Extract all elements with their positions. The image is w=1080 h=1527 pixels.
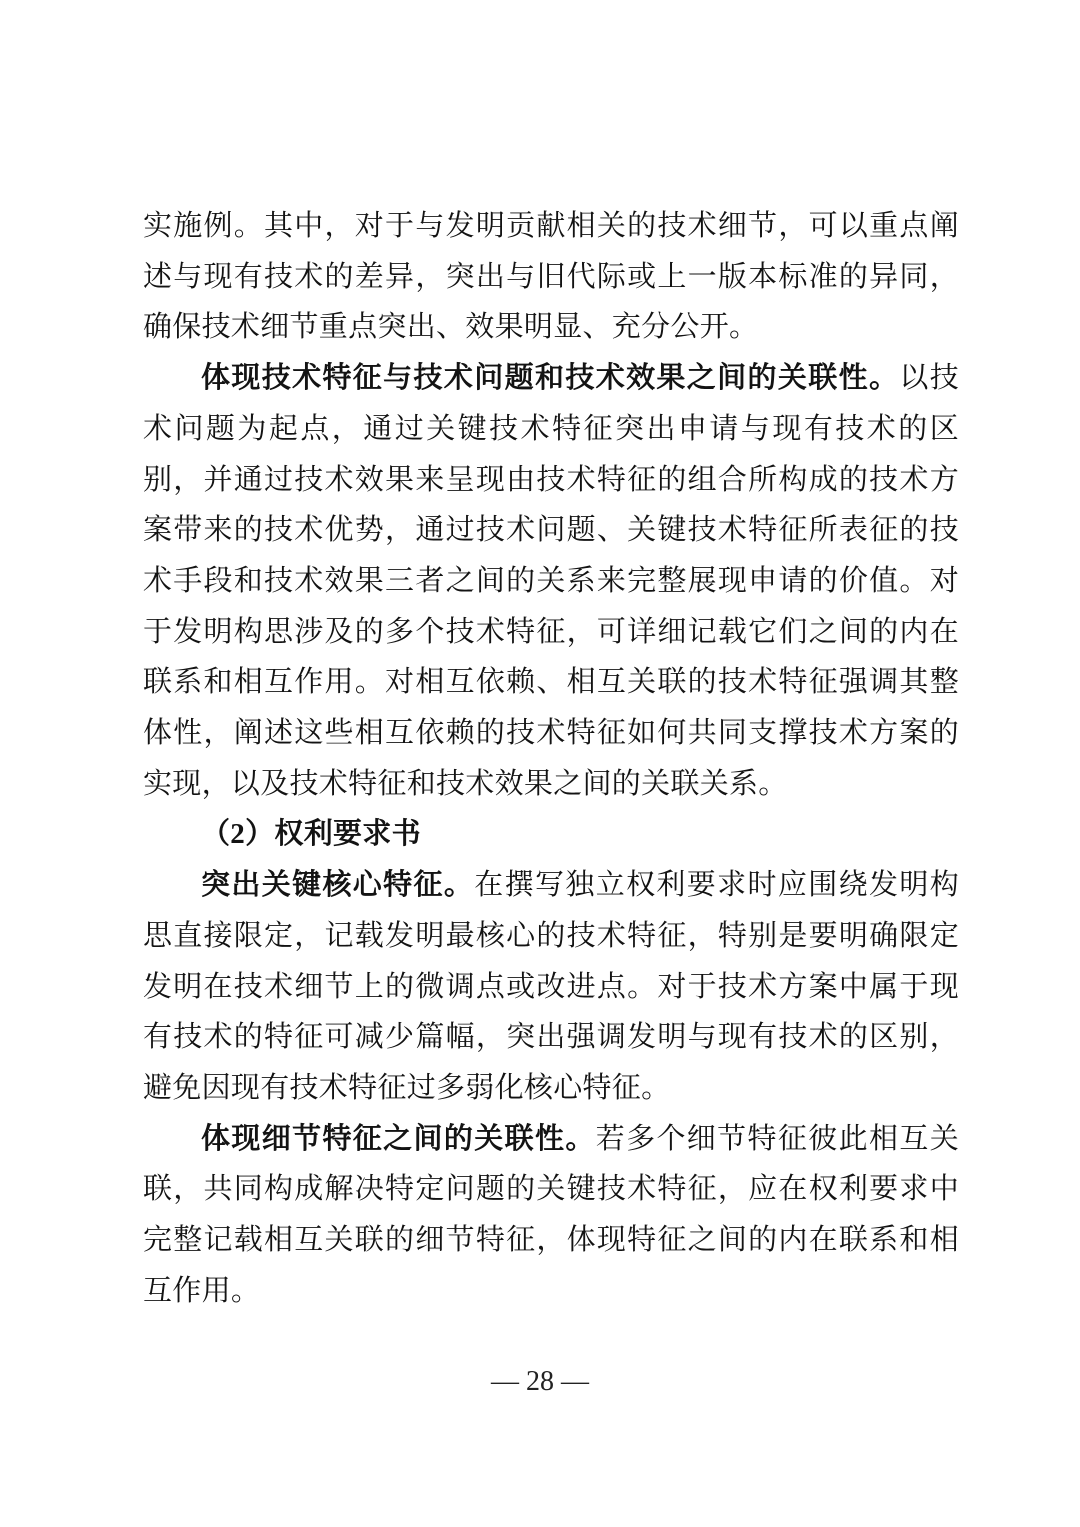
page-number: — 28 — xyxy=(491,1366,589,1397)
paragraph-lead-heading: 体现细节特征之间的关联性。 xyxy=(201,1123,596,1155)
paragraph-text: 实施例。其中，对于与发明贡献相关的技术细节，可以重点阐述与现有技术的差异，突出与… xyxy=(143,210,959,343)
page-body: 实施例。其中，对于与发明贡献相关的技术细节，可以重点阐述与现有技术的差异，突出与… xyxy=(143,201,959,1316)
document-page: 实施例。其中，对于与发明贡献相关的技术细节，可以重点阐述与现有技术的差异，突出与… xyxy=(0,0,1080,1527)
section-heading-text: （2）权利要求书 xyxy=(201,818,421,850)
paragraph-lead-heading: 体现技术特征与技术问题和技术效果之间的关联性。 xyxy=(201,362,899,394)
paragraph-lead-heading: 突出关键核心特征。 xyxy=(201,869,474,901)
paragraph-detail-feature-relation: 体现细节特征之间的关联性。若多个细节特征彼此相互关联，共同构成解决特定问题的关键… xyxy=(143,1114,959,1317)
paragraph-core-features: 突出关键核心特征。在撰写独立权利要求时应围绕发明构思直接限定，记载发明最核心的技… xyxy=(143,860,959,1114)
section-heading-claims: （2）权利要求书 xyxy=(143,809,959,860)
page-footer: — 28 — xyxy=(0,1366,1080,1398)
paragraph-continuation: 实施例。其中，对于与发明贡献相关的技术细节，可以重点阐述与现有技术的差异，突出与… xyxy=(143,201,959,353)
paragraph-tech-feature-relation: 体现技术特征与技术问题和技术效果之间的关联性。以技术问题为起点，通过关键技术特征… xyxy=(143,353,959,809)
paragraph-text: 在撰写独立权利要求时应围绕发明构思直接限定，记载发明最核心的技术特征，特别是要明… xyxy=(143,869,959,1104)
paragraph-text: 以技术问题为起点，通过关键技术特征突出申请与现有技术的区别，并通过技术效果来呈现… xyxy=(143,362,959,800)
